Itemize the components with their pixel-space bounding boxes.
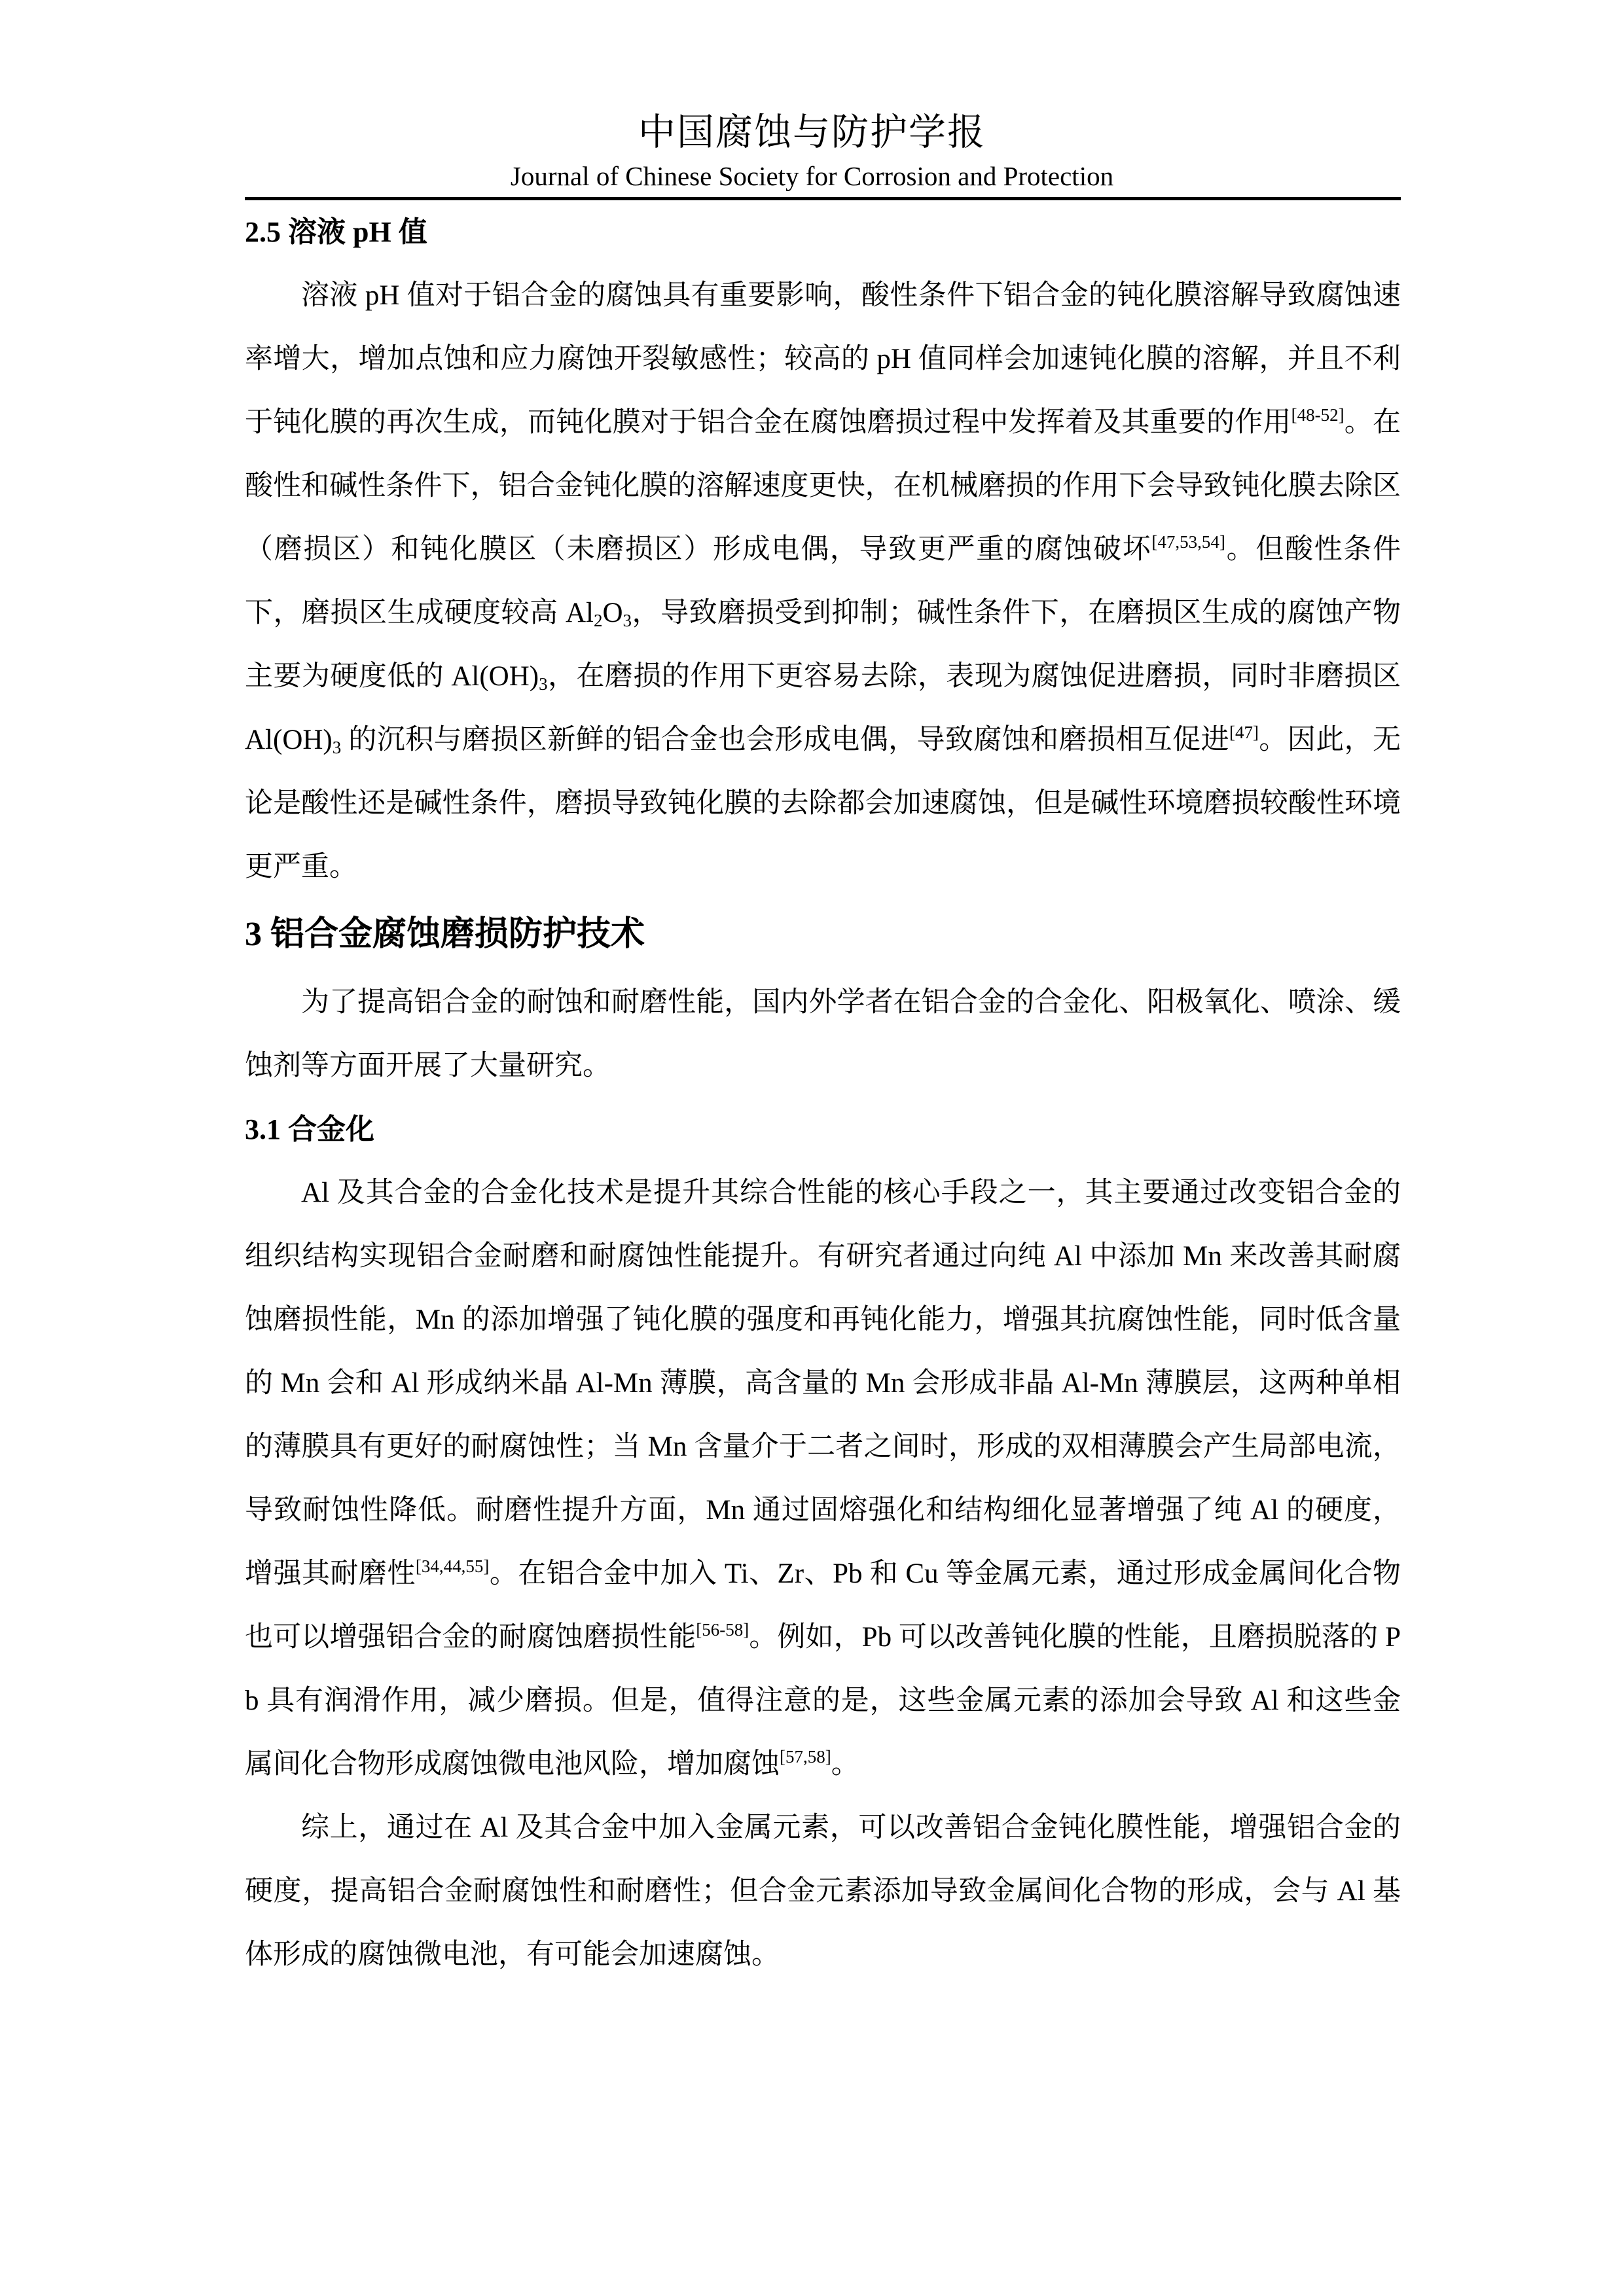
paragraph-alloying: Al 及其合金的合金化技术是提升其综合性能的核心手段之一，其主要通过改变铝合金的… — [245, 1161, 1401, 1796]
article-body: 2.5 溶液 pH 值 溶液 pH 值对于铝合金的腐蚀具有重要影响，酸性条件下铝… — [245, 200, 1401, 1986]
paragraph-protection-intro: 为了提高铝合金的耐蚀和耐磨性能，国内外学者在铝合金的合金化、阳极氧化、喷涂、缓蚀… — [245, 971, 1401, 1098]
section-heading-3-1-alloying: 3.1 合金化 — [245, 1098, 1401, 1161]
journal-header: 中国腐蚀与防护学报 Journal of Chinese Society for… — [0, 0, 1624, 191]
section-heading-3-protection-tech: 3 铝合金腐蚀磨损防护技术 — [245, 899, 1401, 971]
section-heading-2-5-solution-ph: 2.5 溶液 pH 值 — [245, 200, 1401, 264]
page: 中国腐蚀与防护学报 Journal of Chinese Society for… — [0, 0, 1624, 2296]
paragraph-alloying-summary: 综上，通过在 Al 及其合金中加入金属元素，可以改善铝合金钝化膜性能，增强铝合金… — [245, 1796, 1401, 1986]
paragraph-ph-effect: 溶液 pH 值对于铝合金的腐蚀具有重要影响，酸性条件下铝合金的钝化膜溶解导致腐蚀… — [245, 264, 1401, 899]
journal-title-zh: 中国腐蚀与防护学报 — [0, 111, 1624, 154]
journal-title-en: Journal of Chinese Society for Corrosion… — [0, 161, 1624, 191]
